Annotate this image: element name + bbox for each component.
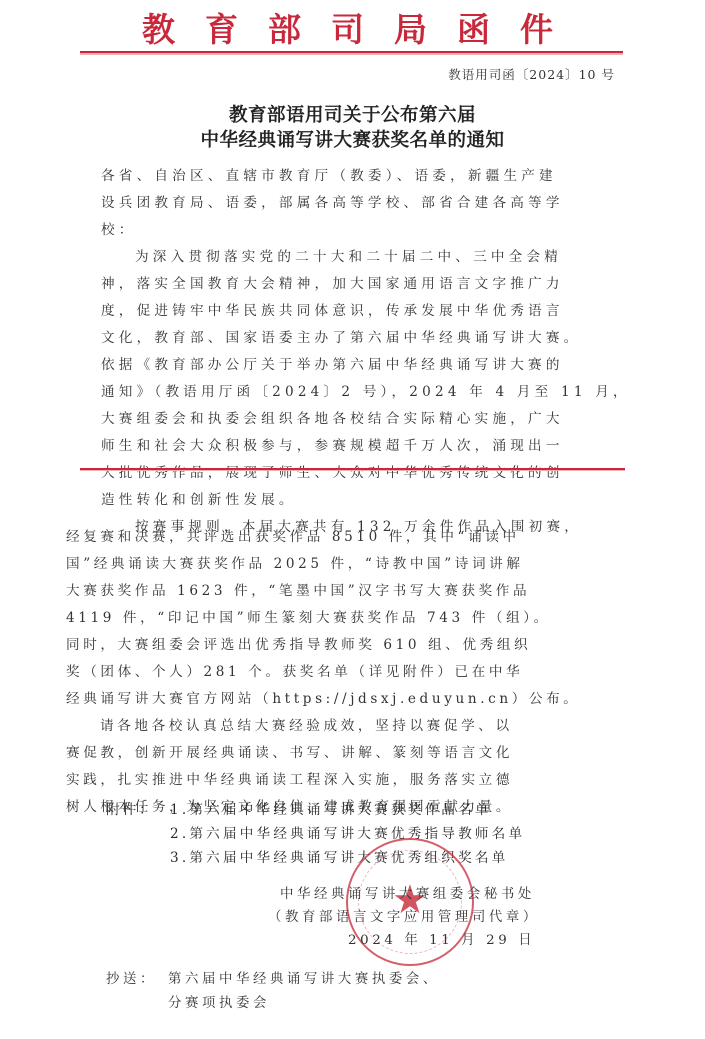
body-paragraph-line: 大赛组委会和执委会组织各地各校结合实际精心实施，广大 (101, 407, 564, 427)
signature-seal-note: （教育部语言文字应用管理司代章） (268, 906, 540, 925)
notice-title-line-1: 教育部语用司关于公布第六届 (0, 101, 705, 127)
attachments-label: 附件： (106, 798, 156, 818)
body-paragraph-line: 4119 件，“印记中国”师生篆刻大赛获奖作品 743 件（组）。 (66, 606, 551, 626)
signature-date: 2024 年 11 月 29 日 (348, 929, 535, 948)
body-paragraph-line: 师生和社会大众积极参与，参赛规模超千万人次，涌现出一 (101, 434, 564, 454)
attachment-item-2: 2.第六届中华经典诵写讲大赛优秀指导教师名单 (170, 822, 525, 842)
body-paragraph-line: 大赛获奖作品 1623 件，“笔墨中国”汉字书写大赛获奖作品 (66, 579, 530, 599)
page-break-red-rule (80, 468, 625, 470)
body-paragraph-line: 奖（团体、个人）281 个。获奖名单（详见附件）已在中华 (66, 660, 523, 680)
website-line: 经典诵写讲大赛官方网站（https://jdsxj.eduyun.cn）公布。 (66, 687, 580, 707)
masthead-title: 教育部司局函件 (0, 4, 705, 51)
body-paragraph-line: 神，落实全国教育大会精神，加大国家通用语言文字推广力 (101, 272, 564, 292)
body-paragraph-line: 请各地各校认真总结大赛经验成效，坚持以赛促学、以 (66, 714, 513, 734)
body-paragraph-line: 造性转化和创新性发展。 (101, 488, 297, 508)
salutation-line: 校： (101, 218, 137, 238)
cc-recipient-line-2: 分赛项执委会 (168, 992, 270, 1011)
body-paragraph-line: 度，促进铸牢中华民族共同体意识，传承发展中华优秀语言 (101, 299, 564, 319)
document-number: 教语用司函〔2024〕10 号 (448, 65, 615, 83)
signature-organization: 中华经典诵写讲大赛组委会秘书处 (280, 883, 535, 902)
body-paragraph-line: 为深入贯彻落实党的二十大和二十届二中、三中全会精 (101, 245, 562, 265)
notice-title-line-2: 中华经典诵写讲大赛获奖名单的通知 (0, 126, 705, 152)
masthead-red-rule (80, 51, 623, 53)
body-paragraph-line: 依据《教育部办公厅关于举办第六届中华经典诵写讲大赛的 (101, 353, 564, 373)
body-paragraph-line: 赛促教，创新开展经典诵读、书写、讲解、篆刻等语言文化 (66, 741, 513, 761)
body-paragraph-line: 实践，扎实推进中华经典诵读工程深入实施，服务落实立德 (66, 768, 513, 788)
body-paragraph-line: 通知》（教语用厅函〔2024〕2 号），2024 年 4 月至 11 月， (101, 380, 631, 400)
body-paragraph-line: 国”经典诵读大赛获奖作品 2025 件，“诗教中国”诗词讲解 (66, 552, 524, 572)
cc-label: 抄送： (106, 968, 157, 987)
cc-recipient-line-1: 第六届中华经典诵写讲大赛执委会、 (168, 968, 440, 987)
body-paragraph-line: 同时，大赛组委会评选出优秀指导教师奖 610 组、优秀组织 (66, 633, 531, 653)
salutation-line: 设兵团教育局、语委，部属各高等学校、部省合建各高等学 (101, 191, 564, 211)
salutation-line: 各省、自治区、直辖市教育厅（教委）、语委，新疆生产建 (101, 164, 557, 184)
body-paragraph-line: 大批优秀作品，展现了师生、大众对中华优秀传统文化的创 (101, 461, 564, 481)
body-paragraph-line: 经复赛和决赛，共评选出获奖作品 8510 件，其中“诵读中 (66, 525, 520, 545)
body-paragraph-line: 文化，教育部、国家语委主办了第六届中华经典诵写讲大赛。 (101, 326, 581, 346)
attachment-item-1: 1.第六届中华经典诵写讲大赛获奖作品名单 (170, 798, 492, 818)
